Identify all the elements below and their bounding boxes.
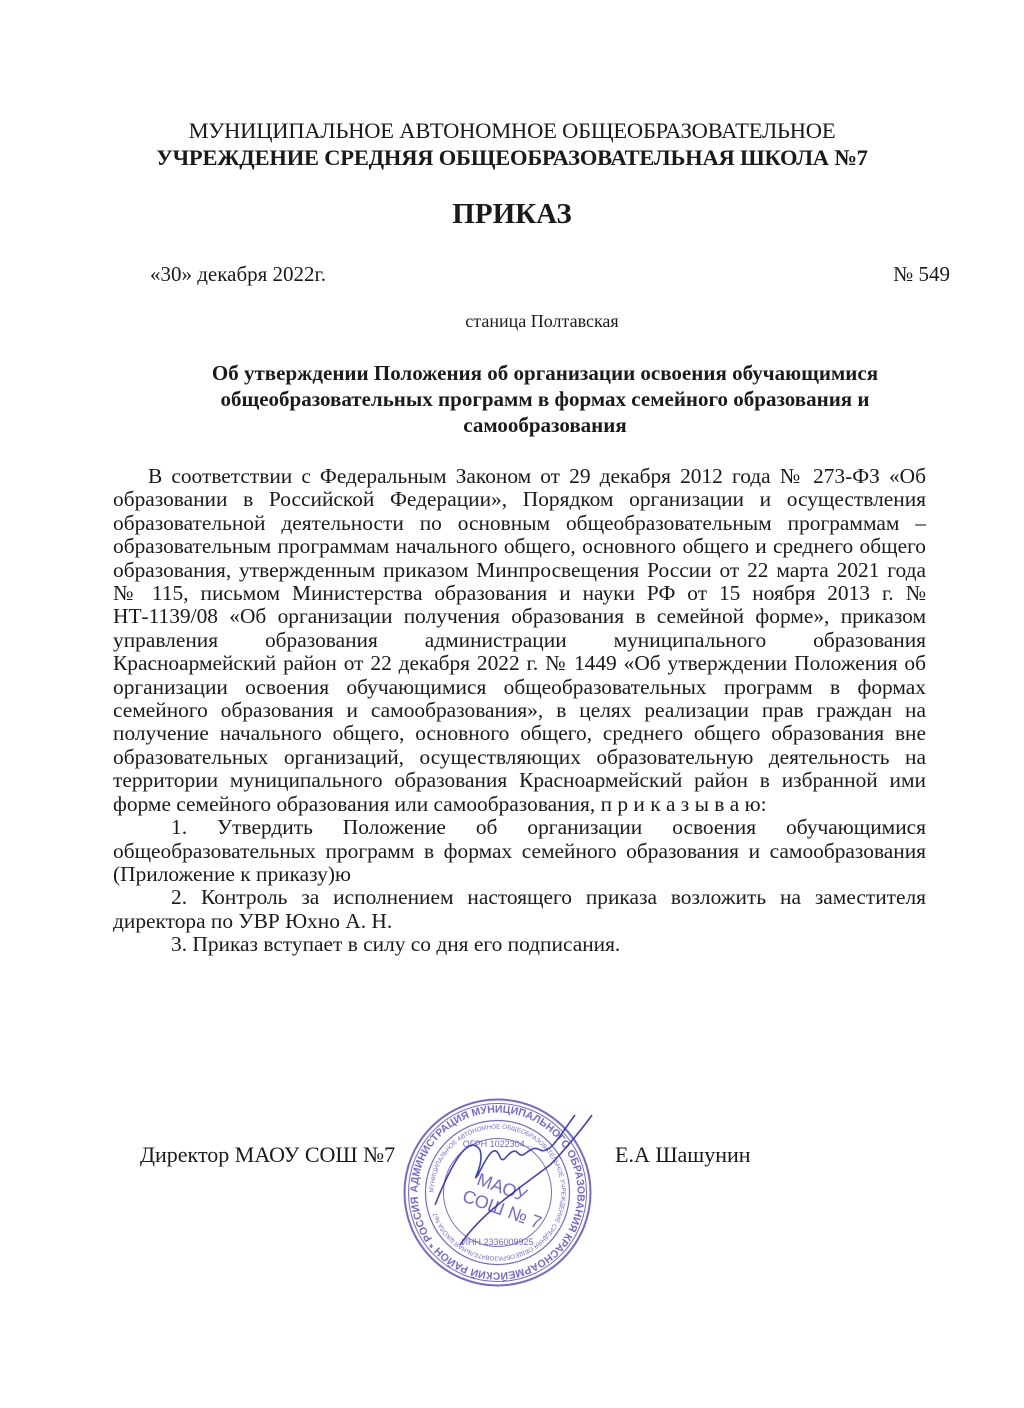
document-date: «30» декабря 2022г. bbox=[150, 262, 326, 287]
svg-text:ОГРН 1022304...: ОГРН 1022304... bbox=[463, 1139, 532, 1149]
order-item-3: 3. Приказ вступает в силу со дня его под… bbox=[113, 933, 926, 956]
document-body: В соответствии с Федеральным Законом от … bbox=[113, 465, 926, 957]
document-subject: Об утверждении Положения об организации … bbox=[155, 360, 935, 438]
org-name-line1: МУНИЦИПАЛЬНОЕ АВТОНОМНОЕ ОБЩЕОБРАЗОВАТЕЛ… bbox=[0, 118, 1024, 144]
document-type: ПРИКАЗ bbox=[0, 198, 1024, 231]
document-place: станица Полтавская bbox=[0, 311, 1024, 332]
svg-text:ИНН 2336009925: ИНН 2336009925 bbox=[461, 1237, 533, 1247]
signature-name: Е.А Шашунин bbox=[615, 1142, 751, 1168]
document-number: № 549 bbox=[893, 262, 950, 287]
preamble: В соответствии с Федеральным Законом от … bbox=[113, 465, 926, 816]
stamp-icon: АДМИНИСТРАЦИЯ МУНИЦИПАЛЬНОГО ОБРАЗОВАНИЯ… bbox=[400, 1095, 595, 1290]
official-stamp: АДМИНИСТРАЦИЯ МУНИЦИПАЛЬНОГО ОБРАЗОВАНИЯ… bbox=[400, 1095, 595, 1290]
signature-position: Директор МАОУ СОШ №7 bbox=[140, 1142, 395, 1168]
preamble-text: В соответствии с Федеральным Законом от … bbox=[113, 464, 926, 816]
order-item-2: 2. Контроль за исполнением настоящего пр… bbox=[113, 886, 926, 933]
order-word: п р и к а з ы в а ю: bbox=[601, 792, 767, 816]
org-name-line2: УЧРЕЖДЕНИЕ СРЕДНЯЯ ОБЩЕОБРАЗОВАТЕЛЬНАЯ Ш… bbox=[0, 145, 1024, 171]
order-item-1: 1. Утвердить Положение об организации ос… bbox=[113, 816, 926, 886]
